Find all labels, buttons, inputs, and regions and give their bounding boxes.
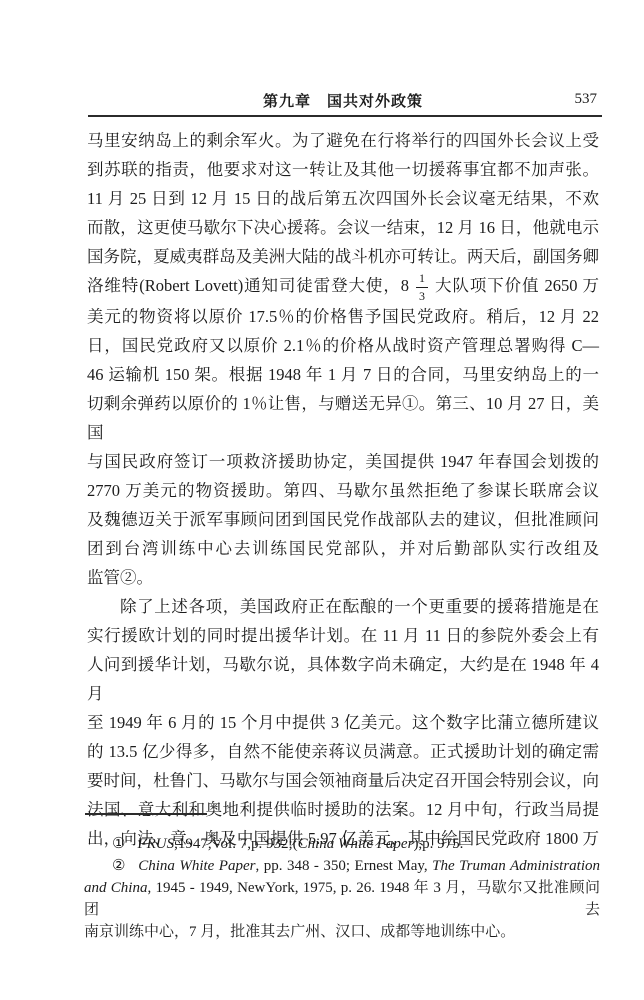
text-run: 大队项下价值 2650 万 [430,276,599,295]
text-line: 要时间，杜鲁门、马歇尔与国会领袖商量后决定召开国会特别会议，向 [87,766,599,795]
running-head-chapter-title: 第九章 国共对外政策 [87,90,599,111]
italic-citation: FRUS [137,836,174,852]
page-number: 537 [575,91,598,108]
text-run: 团到台湾训练中心去训练国民党部队，并对后勤部队实行改组及 [87,539,599,558]
text-line: 而散，这更使马歇尔下决心援蒋。会议一结束，12 月 16 日，他就电示 [87,213,599,242]
italic-citation: and China [84,880,147,896]
footnote-line: and China, 1945 - 1949, NewYork, 1975, p… [84,877,600,921]
text-line: 美元的物资将以原价 17.5％的价格售予国民党政府。稍后，12 月 22 [87,302,599,331]
body-text: 马里安纳岛上的剩余军火。为了避免在行将举行的四国外长会议上受到苏联的指责，他要求… [87,126,599,853]
text-run: 国务院，夏威夷群岛及美洲大陆的战斗机亦可转让。两天后，副国务卿 [87,247,599,266]
page-header: 第九章 国共对外政策 537 [87,90,599,110]
text-line: 2770 万美元的物资援助。第四、马歇尔虽然拒绝了参谋长联席会议 [87,476,599,505]
footnote-marker: ① [112,836,125,852]
text-run: 洛维特(Robert Lovett)通知司徒雷登大使，8 [87,276,414,295]
text-run: ,1947,Vol. 7,p. 932;( [174,836,297,852]
footnotes-section: ①FRUS,1947,Vol. 7,p. 932;(China White Pa… [84,813,600,943]
text-line: 到苏联的指责，他要求对这一转让及其他一切援蒋事宜都不加声张。 [87,155,599,184]
text-run: 11 月 25 日到 12 月 15 日的战后第五次四国外长会议毫无结果，不欢 [87,189,599,208]
text-run: 与国民政府签订一项救济援助协定，美国提供 1947 年春国会划拨的 [87,452,599,471]
text-line: 与国民政府签订一项救济援助协定，美国提供 1947 年春国会划拨的 [87,447,599,476]
text-line: 的 13.5 亿少得多，自然不能使亲蒋议员满意。正式援助计划的确定需 [87,737,599,766]
text-line: 洛维特(Robert Lovett)通知司徒雷登大使，8 13 大队项下价值 2… [87,271,599,302]
text-run: 实行援欧计划的同时提出援华计划。在 11 月 11 日的参院外委会上有 [87,626,599,645]
text-run: 的 13.5 亿少得多，自然不能使亲蒋议员满意。正式援助计划的确定需 [87,742,599,761]
footnote-line: ②China White Paper, pp. 348 - 350; Ernes… [84,855,600,877]
text-line: 46 运输机 150 架。根据 1948 年 1 月 7 日的合同，马里安纳岛上… [87,360,599,389]
text-run: 46 运输机 150 架。根据 1948 年 1 月 7 日的合同，马里安纳岛上… [87,365,599,384]
text-line: 团到台湾训练中心去训练国民党部队，并对后勤部队实行改组及 [87,534,599,563]
text-run: 到苏联的指责，他要求对这一转让及其他一切援蒋事宜都不加声张。 [87,160,599,179]
text-run: 切剩余弹药以原价的 1％让售，与赠送无异①。第三、10 月 27 日，美国 [87,394,599,442]
footnote-separator [85,813,207,815]
text-run: 及魏德迈关于派军事顾问团到国民党作战部队去的建议，但批准顾问 [87,510,599,529]
text-line: 日，国民党政府又以原价 2.1％的价格从战时资产管理总署购得 C— [87,331,599,360]
text-run: 而散，这更使马歇尔下决心援蒋。会议一结束，12 月 16 日，他就电示 [87,218,599,237]
footnote-list: ①FRUS,1947,Vol. 7,p. 932;(China White Pa… [84,833,600,943]
footnote-marker: ② [112,858,126,874]
text-line: 切剩余弹药以原价的 1％让售，与赠送无异①。第三、10 月 27 日，美国 [87,389,599,447]
text-line: 人问到援华计划，马歇尔说，具体数字尚未确定，大约是在 1948 年 4 月 [87,650,599,708]
footnote-item: ②China White Paper, pp. 348 - 350; Ernes… [84,855,600,943]
text-run: , pp. 348 - 350; Ernest May, [255,858,432,874]
italic-citation: The Truman Administration [432,858,600,874]
text-line: 及魏德迈关于派军事顾问团到国民党作战部队去的建议，但批准顾问 [87,505,599,534]
text-line: 监管②。 [87,563,599,592]
text-run: 监管②。 [87,568,153,587]
text-run: 美元的物资将以原价 17.5％的价格售予国民党政府。稍后，12 月 22 [87,307,599,326]
book-page: 第九章 国共对外政策 537 马里安纳岛上的剩余军火。为了避免在行将举行的四国外… [0,0,644,1000]
text-run: , 1945 - 1949, NewYork, 1975, p. 26. 194… [84,880,600,918]
footnote-item: ①FRUS,1947,Vol. 7,p. 932;(China White Pa… [84,833,600,855]
text-run: ),p. 975. [413,836,463,852]
text-run: 要时间，杜鲁门、马歇尔与国会领袖商量后决定召开国会特别会议，向 [87,771,599,790]
text-run: 除了上述各项，美国政府正在酝酿的一个更重要的援蒋措施是在 [120,597,599,616]
text-line: 实行援欧计划的同时提出援华计划。在 11 月 11 日的参院外委会上有 [87,621,599,650]
text-run: 至 1949 年 6 月的 15 个月中提供 3 亿美元。这个数字比蒲立德所建议 [87,713,599,732]
italic-citation: China White Paper [138,858,255,874]
text-line: 除了上述各项，美国政府正在酝酿的一个更重要的援蒋措施是在 [87,592,599,621]
fraction-one-third: 13 [416,272,428,302]
text-run: 马里安纳岛上的剩余军火。为了避免在行将举行的四国外长会议上受 [87,131,599,150]
text-line: 国务院，夏威夷群岛及美洲大陆的战斗机亦可转让。两天后，副国务卿 [87,242,599,271]
text-run: 南京训练中心，7 月，批准其去广州、汉口、成都等地训练中心。 [84,924,515,940]
italic-citation: China White Paper [298,836,414,852]
text-line: 至 1949 年 6 月的 15 个月中提供 3 亿美元。这个数字比蒲立德所建议 [87,708,599,737]
footnote-line: 南京训练中心，7 月，批准其去广州、汉口、成都等地训练中心。 [84,921,600,943]
text-run: 人问到援华计划，马歇尔说，具体数字尚未确定，大约是在 1948 年 4 月 [87,655,599,703]
footnote-line: ①FRUS,1947,Vol. 7,p. 932;(China White Pa… [84,833,600,855]
header-rule [88,115,602,117]
text-line: 11 月 25 日到 12 月 15 日的战后第五次四国外长会议毫无结果，不欢 [87,184,599,213]
text-line: 马里安纳岛上的剩余军火。为了避免在行将举行的四国外长会议上受 [87,126,599,155]
text-run: 2770 万美元的物资援助。第四、马歇尔虽然拒绝了参谋长联席会议 [87,481,599,500]
text-run: 日，国民党政府又以原价 2.1％的价格从战时资产管理总署购得 C— [87,336,599,355]
